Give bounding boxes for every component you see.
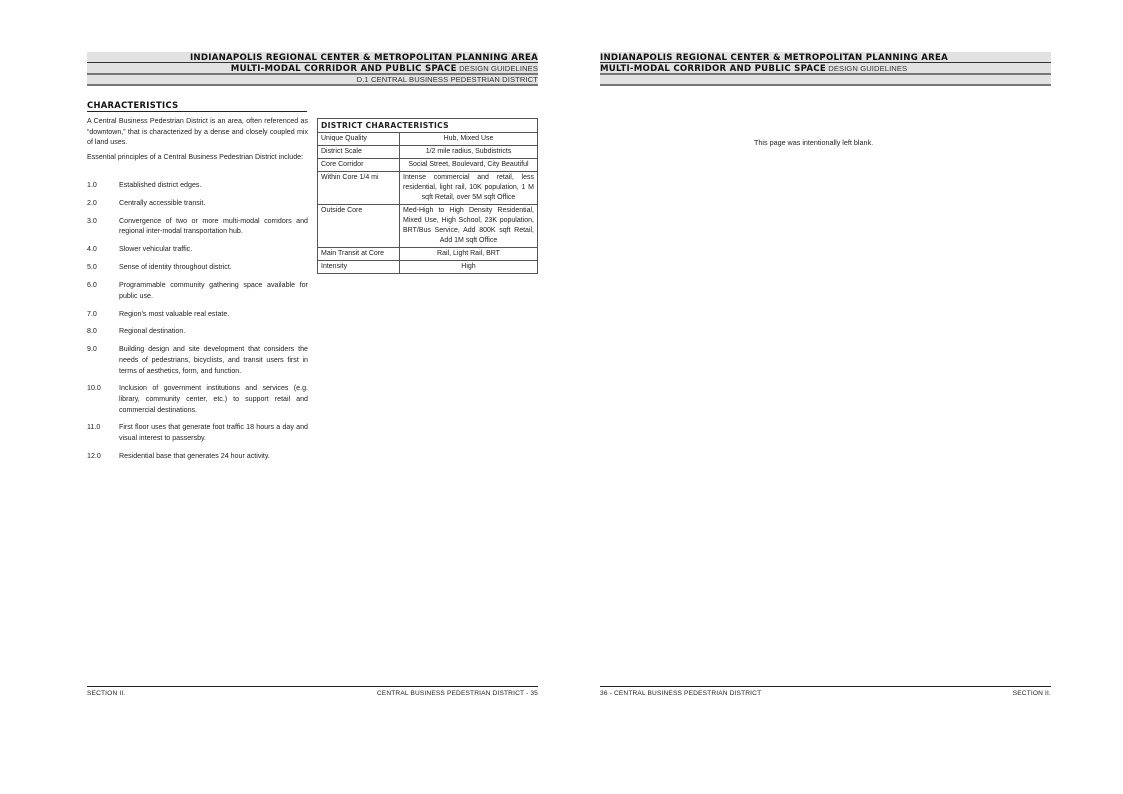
table-row: Unique QualityHub, Mixed Use [318,133,538,146]
principle-number: 12.0 [87,451,119,462]
intro-paragraph: A Central Business Pedestrian District i… [87,116,308,148]
principle-number: 3.0 [87,216,119,237]
header-section: D.1 CENTRAL BUSINESS PEDESTRIAN DISTRICT [357,75,538,84]
table-row: Within Core 1/4 miIntense commercial and… [318,172,538,205]
principle-item: 10.0Inclusion of government institutions… [87,383,308,415]
principle-number: 5.0 [87,262,119,273]
header-line-3: D.1 CENTRAL BUSINESS PEDESTRIAN DISTRICT [87,74,538,86]
row-value: Hub, Mixed Use [400,133,538,146]
row-label: District Scale [318,146,400,159]
row-label: Main Transit at Core [318,248,400,261]
principle-item: 9.0Building design and site development … [87,344,308,376]
principle-number: 6.0 [87,280,119,301]
principle-item: 1.0Established district edges. [87,180,308,191]
table-title: DISTRICT CHARACTERISTICS [318,119,538,133]
principle-item: 7.0Region’s most valuable real estate. [87,309,308,320]
principle-text: Programmable community gathering space a… [119,280,308,301]
principle-number: 2.0 [87,198,119,209]
principle-number: 9.0 [87,344,119,376]
principle-text: First floor uses that generate foot traf… [119,422,308,443]
header-line-1: INDIANAPOLIS REGIONAL CENTER & METROPOLI… [600,52,1051,63]
principle-number: 7.0 [87,309,119,320]
principle-text: Established district edges. [119,180,308,191]
principle-text: Inclusion of government institutions and… [119,383,308,415]
principle-number: 10.0 [87,383,119,415]
district-characteristics-table: DISTRICT CHARACTERISTICS Unique QualityH… [317,118,538,274]
row-value: Rail, Light Rail, BRT [400,248,538,261]
page-footer: 36 - CENTRAL BUSINESS PEDESTRIAN DISTRIC… [600,686,1051,697]
principle-number: 11.0 [87,422,119,443]
header-subtitle-bold: MULTI-MODAL CORRIDOR AND PUBLIC SPACE [231,64,457,74]
table-row: IntensityHigh [318,261,538,274]
principle-item: 2.0Centrally accessible transit. [87,198,308,209]
principle-item: 6.0Programmable community gathering spac… [87,280,308,301]
header-title: INDIANAPOLIS REGIONAL CENTER & METROPOLI… [600,53,948,63]
row-value: Med-High to High Density Residential, Mi… [400,205,538,248]
table-row: District Scale1/2 mile radius, Subdistri… [318,146,538,159]
row-value: 1/2 mile radius, Subdistricts [400,146,538,159]
principles-list: 1.0Established district edges.2.0Central… [87,180,308,469]
principle-number: 4.0 [87,244,119,255]
principle-item: 5.0Sense of identity throughout district… [87,262,308,273]
principles-intro: Essential principles of a Central Busine… [87,152,308,163]
principle-item: 11.0First floor uses that generate foot … [87,422,308,443]
row-value: High [400,261,538,274]
footer-page-number: 36 - CENTRAL BUSINESS PEDESTRIAN DISTRIC… [600,688,761,700]
principle-text: Convergence of two or more multi-modal c… [119,216,308,237]
blank-page-note: This page was intentionally left blank. [754,138,873,147]
principle-text: Centrally accessible transit. [119,198,308,209]
principle-number: 8.0 [87,326,119,337]
right-page: INDIANAPOLIS REGIONAL CENTER & METROPOLI… [600,0,1051,794]
row-label: Intensity [318,261,400,274]
footer-section: SECTION II. [1013,688,1051,700]
left-page: INDIANAPOLIS REGIONAL CENTER & METROPOLI… [87,0,538,794]
header-line-3 [600,74,1051,86]
principle-item: 8.0Regional destination. [87,326,308,337]
table-row: Core CorridorSocial Street, Boulevard, C… [318,159,538,172]
row-value: Social Street, Boulevard, City Beautiful [400,159,538,172]
page-footer: SECTION II. CENTRAL BUSINESS PEDESTRIAN … [87,686,538,697]
header-subtitle-light: DESIGN GUIDELINES [828,64,907,73]
principle-text: Residential base that generates 24 hour … [119,451,308,462]
section-title: CHARACTERISTICS [87,100,307,112]
header-subtitle-light: DESIGN GUIDELINES [459,64,538,73]
row-label: Unique Quality [318,133,400,146]
principle-text: Region’s most valuable real estate. [119,309,308,320]
principle-text: Building design and site development tha… [119,344,308,376]
principle-item: 3.0Convergence of two or more multi-moda… [87,216,308,237]
header-title: INDIANAPOLIS REGIONAL CENTER & METROPOLI… [190,53,538,63]
header-line-1: INDIANAPOLIS REGIONAL CENTER & METROPOLI… [87,52,538,63]
principle-number: 1.0 [87,180,119,191]
principle-text: Regional destination. [119,326,308,337]
principle-item: 4.0Slower vehicular traffic. [87,244,308,255]
row-value: Intense commercial and retail, less resi… [400,172,538,205]
principle-text: Slower vehicular traffic. [119,244,308,255]
table-row: Outside CoreMed-High to High Density Res… [318,205,538,248]
footer-section: SECTION II. [87,688,125,700]
footer-page-number: CENTRAL BUSINESS PEDESTRIAN DISTRICT - 3… [377,688,538,700]
row-label: Outside Core [318,205,400,248]
principle-item: 12.0Residential base that generates 24 h… [87,451,308,462]
table-row: Main Transit at CoreRail, Light Rail, BR… [318,248,538,261]
header-subtitle-bold: MULTI-MODAL CORRIDOR AND PUBLIC SPACE [600,64,826,74]
row-label: Core Corridor [318,159,400,172]
principle-text: Sense of identity throughout district. [119,262,308,273]
row-label: Within Core 1/4 mi [318,172,400,205]
